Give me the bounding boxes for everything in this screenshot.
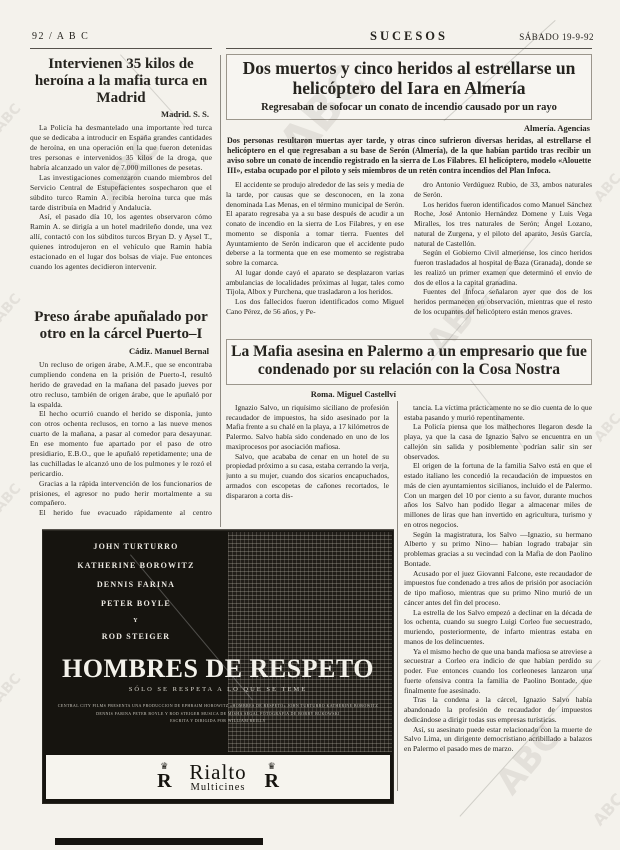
article-byline: Madrid. S. S. bbox=[30, 109, 209, 119]
paragraph: Los dos fallecidos fueron identificados … bbox=[226, 297, 404, 317]
paragraph: Acusado por el juez Giovanni Falcone, es… bbox=[404, 569, 592, 608]
paragraph: Al lugar donde cayó el aparato se despla… bbox=[226, 268, 404, 297]
article-body: Un recluso de origen árabe, A.M.F., que … bbox=[30, 360, 212, 518]
cast-name: ROD STEIGER bbox=[44, 632, 228, 641]
subheadline: Regresaban de sofocar un conato de incen… bbox=[233, 102, 585, 113]
body-column-2: tancia. La víctima prácticamente no se d… bbox=[404, 403, 592, 793]
body-column-2: dro Antonio Verdúguez Rubio, de 33, ambo… bbox=[414, 180, 592, 332]
movie-tagline: SÓLO SE RESPETA A LO QUE SE TEME bbox=[42, 686, 394, 693]
rialto-crest-icon: ♛ R bbox=[259, 764, 285, 791]
paragraph: Los heridos fueron identificados como Ma… bbox=[414, 200, 592, 249]
article-heroin: Intervienen 35 kilos de heroína a la maf… bbox=[30, 56, 212, 299]
cinema-name: Rialto bbox=[189, 762, 246, 783]
headline-box: La Mafia asesina en Palermo a un empresa… bbox=[226, 339, 592, 385]
paragraph: El herido fue evacuado rápidamente al ce… bbox=[30, 508, 212, 518]
paragraph: Así, el pasado día 10, los agentes obser… bbox=[30, 212, 212, 271]
paragraph: Según la magistratura, los Salvo —Ignazi… bbox=[404, 530, 592, 569]
article-byline: Almería. Agencias bbox=[226, 123, 590, 133]
paragraph: tancia. La víctima prácticamente no se d… bbox=[404, 403, 592, 423]
abc-watermark: ABC bbox=[591, 171, 620, 205]
paragraph: Tras la condena a la cárcel, Ignazio Sal… bbox=[404, 695, 592, 724]
cast-name: PETER BOYLE bbox=[44, 599, 228, 608]
article-helicopter: Dos muertos y cinco heridos al estrellar… bbox=[226, 54, 592, 332]
paragraph: Ya el mismo hecho de que una banda mafio… bbox=[404, 647, 592, 696]
paragraph: La Policía piensa que los malhechores ll… bbox=[404, 422, 592, 461]
header-rule-left bbox=[30, 48, 212, 49]
abc-watermark: ABC bbox=[589, 790, 620, 830]
header-rule-right bbox=[226, 48, 592, 49]
body-column-1: Ignazio Salvo, un riquísimo siciliano de… bbox=[226, 403, 389, 517]
paragraph: El origen de la fortuna de la familia Sa… bbox=[404, 461, 592, 529]
column-divider bbox=[220, 55, 221, 527]
paragraph: El hecho ocurrió cuando el herido se dis… bbox=[30, 409, 212, 478]
article-body: El accidente se produjo alrededor de las… bbox=[226, 180, 592, 332]
paragraph: La estrella de los Salvo empezó a declin… bbox=[404, 608, 592, 647]
cast-name: JOHN TURTURRO bbox=[44, 542, 228, 551]
paragraph: El accidente se produjo alrededor de las… bbox=[226, 180, 404, 268]
rialto-crest-icon: ♛ R bbox=[151, 764, 177, 791]
paragraph: Así, su asesinato puede estar relacionad… bbox=[404, 725, 592, 754]
main-headline: Dos muertos y cinco heridos al estrellar… bbox=[233, 59, 585, 98]
credits-line: DENNIS FARINA PETER BOYLE Y ROD STEIGER … bbox=[52, 710, 384, 718]
credits-line: CENTRAL CITY FILMS PRESENTA UNA PRODUCCI… bbox=[52, 702, 384, 710]
credits-line: ESCRITA Y DIRIGIDA POR WILLIAM REILLY bbox=[52, 717, 384, 725]
cinema-subtitle: Multicines bbox=[189, 782, 246, 793]
abc-watermark: ABC bbox=[591, 411, 620, 445]
abc-watermark: ABC bbox=[0, 481, 24, 515]
mafia-headline: La Mafia asesina en Palermo a un empresa… bbox=[231, 343, 587, 379]
movie-credits: CENTRAL CITY FILMS PRESENTA UNA PRODUCCI… bbox=[52, 702, 384, 725]
abc-watermark: ABC bbox=[0, 291, 24, 325]
article-byline: Roma. Miguel Castellví bbox=[226, 389, 396, 399]
paragraph: Fuentes del Infoca señalaron ayer que do… bbox=[414, 287, 592, 316]
paragraph: Ignazio Salvo, un riquísimo siciliano de… bbox=[226, 403, 389, 452]
article-byline: Cádiz. Manuel Bernal bbox=[30, 346, 209, 356]
bottom-ink-bar bbox=[55, 838, 263, 845]
cast-names: JOHN TURTURRO KATHERINE BOROWITZ DENNIS … bbox=[44, 542, 228, 651]
article-headline: Intervienen 35 kilos de heroína a la maf… bbox=[30, 56, 212, 106]
column-rule bbox=[397, 401, 398, 791]
paragraph: Las investigaciones comenzaron cuando mi… bbox=[30, 173, 212, 213]
cinema-name-block: Rialto Multicines bbox=[189, 762, 246, 793]
crest-letter: R bbox=[151, 771, 177, 791]
page-number: 92 / A B C bbox=[32, 31, 89, 42]
headline-box: Dos muertos y cinco heridos al estrellar… bbox=[226, 54, 592, 120]
paragraph: Un recluso de origen árabe, A.M.F., que … bbox=[30, 360, 212, 409]
paragraph: La Policía ha desmantelado una important… bbox=[30, 123, 212, 172]
paragraph: Salvo, que acababa de cenar en un hotel … bbox=[226, 452, 389, 501]
page-date: SÁBADO 19-9-92 bbox=[519, 32, 594, 42]
paragraph: Según el Gobierno Civil almeriense, los … bbox=[414, 248, 592, 287]
paragraph: dro Antonio Verdúguez Rubio, de 33, ambo… bbox=[414, 180, 592, 200]
movie-title: HOMBRES DE RESPETO bbox=[42, 654, 394, 684]
movie-ad: JOHN TURTURRO KATHERINE BOROWITZ DENNIS … bbox=[42, 529, 394, 804]
paragraph: Gracias a la rápida intervención de los … bbox=[30, 479, 212, 509]
abc-watermark: ABC bbox=[0, 671, 24, 705]
cast-conjunction: Y bbox=[44, 618, 228, 624]
left-column: Intervienen 35 kilos de heroína a la maf… bbox=[30, 56, 212, 518]
newspaper-page: { "page": { "watermark": "ABC", "header"… bbox=[0, 0, 620, 850]
article-headline: Preso árabe apuñalado por otro en la cár… bbox=[30, 309, 212, 343]
cast-name: KATHERINE BOROWITZ bbox=[44, 561, 228, 570]
crest-letter: R bbox=[259, 771, 285, 791]
article-prison-stabbing: Preso árabe apuñalado por otro en la cár… bbox=[30, 309, 212, 518]
lead-paragraph: Dos personas resultaron muertas ayer tar… bbox=[227, 136, 591, 176]
abc-watermark: ABC bbox=[0, 101, 24, 135]
cast-name: DENNIS FARINA bbox=[44, 580, 228, 589]
body-column-1: El accidente se produjo alrededor de las… bbox=[226, 180, 404, 332]
article-body: La Policía ha desmantelado una important… bbox=[30, 123, 212, 299]
cinema-strip: ♛ R Rialto Multicines ♛ R bbox=[46, 755, 390, 799]
